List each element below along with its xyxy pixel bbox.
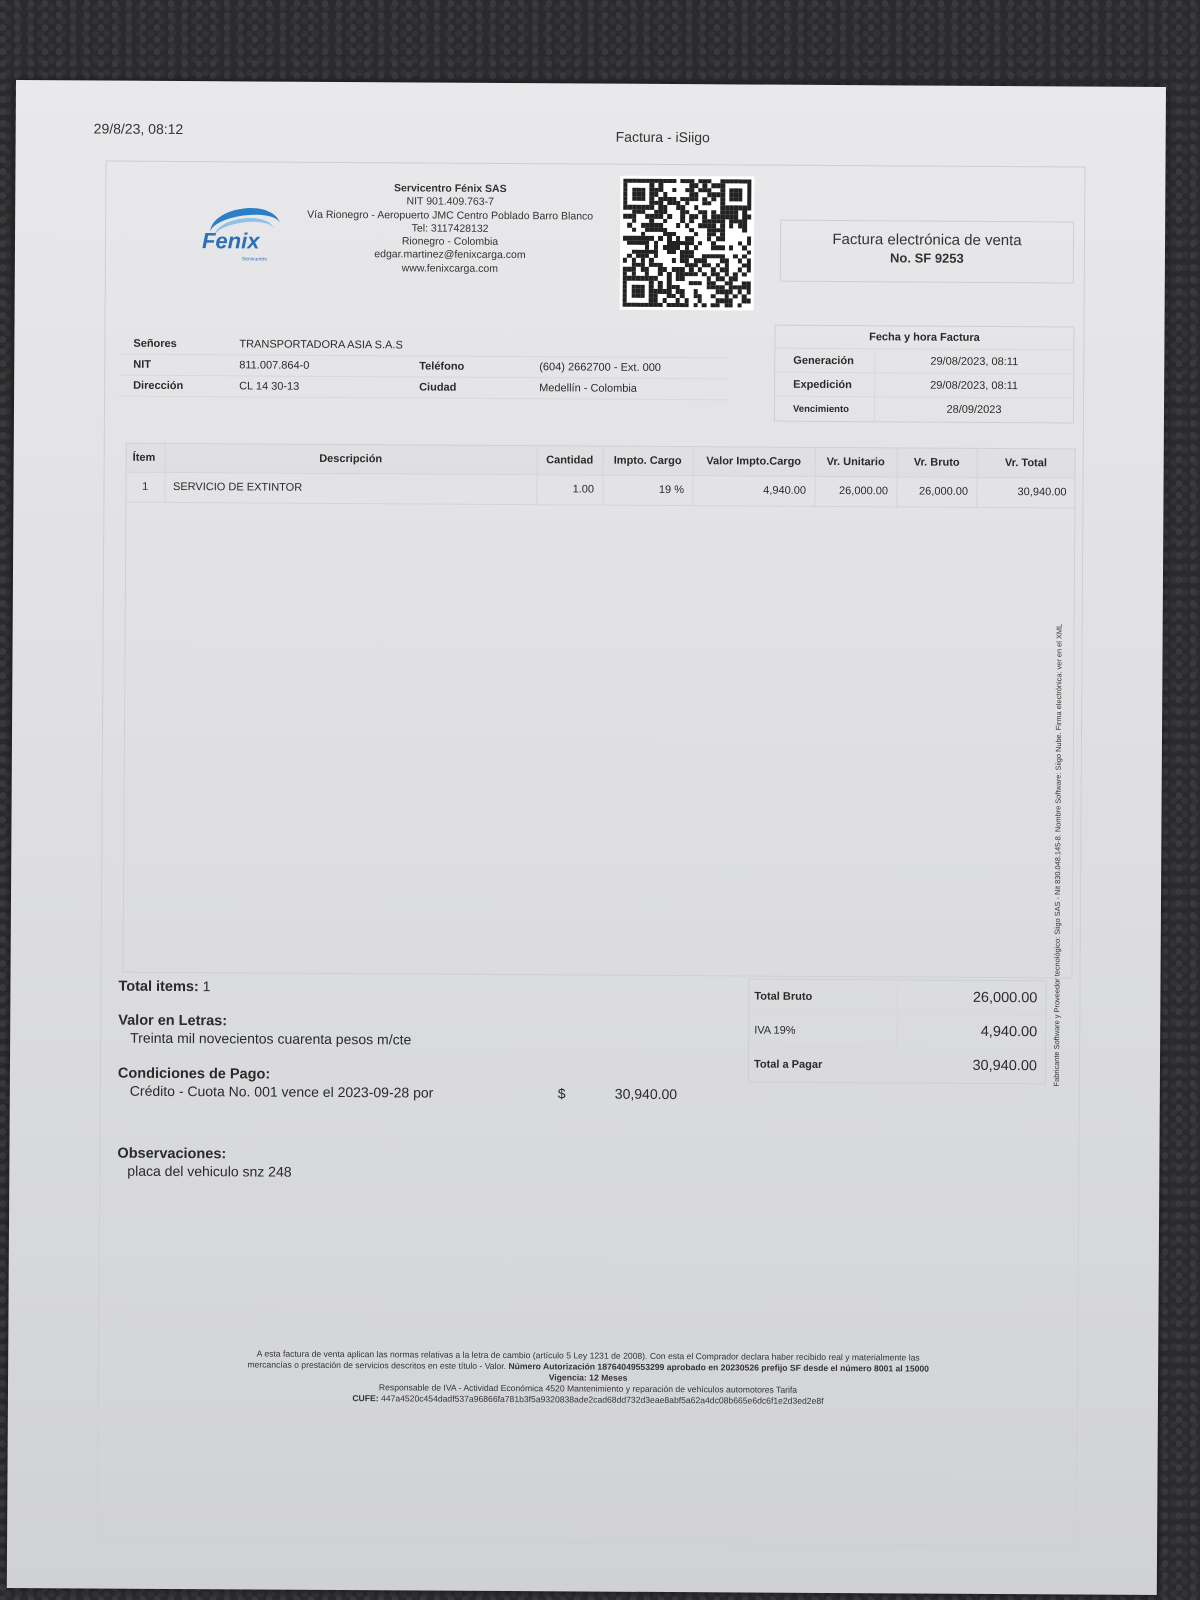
totals-value: 26,000.00 <box>897 989 1045 1006</box>
client-phone-label: Teléfono <box>419 360 539 373</box>
cell-gross: 26,000.00 <box>896 476 976 506</box>
client-phone: (604) 2662700 - Ext. 000 <box>539 361 729 374</box>
col-quantity: Cantidad <box>537 446 603 474</box>
total-items-label: Total items: <box>118 979 198 995</box>
date-row: Generación 29/08/2023, 08:11 <box>775 349 1073 375</box>
print-page-title: Factura - iSiigo <box>616 129 710 146</box>
payment-conditions: Condiciones de Pago: Crédito - Cuota No.… <box>118 1066 434 1101</box>
logo-subtext: Servicentro <box>242 256 267 262</box>
cell-quantity: 1.00 <box>536 474 602 504</box>
client-city: Medellín - Colombia <box>539 382 729 395</box>
table-row: 1 SERVICIO DE EXTINTOR 1.00 19 % 4,940.0… <box>126 472 1074 508</box>
client-nit-label: NIT <box>119 359 239 372</box>
date-label: Generación <box>775 349 875 373</box>
invoice-dates-table: Fecha y hora Factura Generación 29/08/20… <box>774 325 1075 424</box>
cell-tax: 19 % <box>602 475 692 506</box>
footer-validity: Vigencia: 12 Meses <box>549 1372 628 1382</box>
qr-code-icon <box>620 176 755 311</box>
payment-currency: $ <box>558 1085 566 1101</box>
client-info: Señores TRANSPORTADORA ASIA S.A.S NIT 81… <box>119 334 729 401</box>
client-senores-label: Señores <box>119 338 239 351</box>
client-nit: 811.007.864-0 <box>239 359 419 372</box>
company-address: Vía Rionegro - Aeropuerto JMC Centro Pob… <box>300 208 600 223</box>
totals-row: IVA 19% 4,940.00 <box>749 1013 1045 1049</box>
totals-value: 4,940.00 <box>897 1023 1045 1040</box>
observations-label: Observaciones: <box>117 1146 291 1163</box>
client-address: CL 14 30-13 <box>239 380 419 393</box>
total-items-value: 1 <box>203 978 211 994</box>
invoice-title-box: Factura electrónica de venta No. SF 9253 <box>780 220 1074 284</box>
col-total: Vr. Total <box>977 449 1075 478</box>
company-website: www.fenixcarga.com <box>300 262 600 277</box>
cell-description: SERVICIO DE EXTINTOR <box>164 472 536 504</box>
company-info: Servicentro Fénix SAS NIT 901.409.763-7 … <box>300 182 601 277</box>
client-city-label: Ciudad <box>419 381 539 394</box>
totals-label: Total a Pagar <box>749 1047 897 1082</box>
date-value: 28/09/2023 <box>875 403 1073 416</box>
totals-label: IVA 19% <box>749 1013 897 1047</box>
cell-item: 1 <box>126 472 164 502</box>
invoice-paper: 29/8/23, 08:12 Factura - iSiigo Fenix Se… <box>7 80 1166 1595</box>
payment-value: Crédito - Cuota No. 001 vence el 2023-09… <box>118 1083 434 1101</box>
date-label: Vencimiento <box>775 397 875 422</box>
client-address-label: Dirección <box>119 380 239 393</box>
print-datetime: 29/8/23, 08:12 <box>94 120 184 137</box>
observations: Observaciones: placa del vehiculo snz 24… <box>117 1146 291 1180</box>
amount-in-words: Valor en Letras: Treinta mil novecientos… <box>118 1013 411 1048</box>
invoice-type: Factura electrónica de venta <box>781 231 1073 250</box>
cufe-label: CUFE: <box>352 1393 378 1403</box>
invoice-number: No. SF 9253 <box>781 250 1073 267</box>
payment-amount: 30,940.00 <box>615 1086 677 1102</box>
cell-total: 30,940.00 <box>976 477 1074 508</box>
logo-text: Fenix <box>202 228 260 254</box>
payment-label: Condiciones de Pago: <box>118 1066 434 1084</box>
col-unit-price: Vr. Unitario <box>815 448 897 477</box>
letters-label: Valor en Letras: <box>118 1013 411 1031</box>
col-tax-value: Valor Impto.Cargo <box>693 447 815 476</box>
items-table: Ítem Descripción Cantidad Impto. Cargo V… <box>123 443 1076 979</box>
col-gross: Vr. Bruto <box>897 448 977 476</box>
col-description: Descripción <box>165 444 537 474</box>
footer-line2-plain: mercancías o prestación de servicios des… <box>247 1359 506 1371</box>
col-tax: Impto. Cargo <box>603 447 693 476</box>
date-value: 29/08/2023, 08:11 <box>875 355 1073 368</box>
totals-row: Total a Pagar 30,940.00 <box>749 1047 1045 1083</box>
total-items: Total items: 1 <box>118 978 210 996</box>
company-logo: Fenix Servicentro <box>200 206 295 272</box>
date-label: Expedición <box>775 373 875 397</box>
date-row: Expedición 29/08/2023, 08:11 <box>775 373 1073 399</box>
totals-table: Total Bruto 26,000.00 IVA 19% 4,940.00 T… <box>748 978 1047 1084</box>
letters-value: Treinta mil novecientos cuarenta pesos m… <box>118 1030 411 1048</box>
cufe-value: 447a4520c454dadf537a96866fa781b3f5a93208… <box>381 1393 824 1406</box>
totals-row: Total Bruto 26,000.00 <box>749 979 1045 1015</box>
client-name: TRANSPORTADORA ASIA S.A.S <box>239 338 729 353</box>
client-row: Dirección CL 14 30-13 Ciudad Medellín - … <box>119 376 729 401</box>
dates-title: Fecha y hora Factura <box>775 326 1073 351</box>
totals-label: Total Bruto <box>749 979 897 1013</box>
date-value: 29/08/2023, 08:11 <box>875 379 1073 392</box>
totals-value: 30,940.00 <box>897 1057 1045 1074</box>
cell-unit-price: 26,000.00 <box>814 476 896 507</box>
legal-footer: A esta factura de venta aplican las norm… <box>118 1348 1058 1409</box>
col-item: Ítem <box>127 444 165 472</box>
date-row: Vencimiento 28/09/2023 <box>775 397 1073 423</box>
observations-value: placa del vehiculo snz 248 <box>117 1163 291 1180</box>
cell-tax-value: 4,940.00 <box>692 475 814 506</box>
